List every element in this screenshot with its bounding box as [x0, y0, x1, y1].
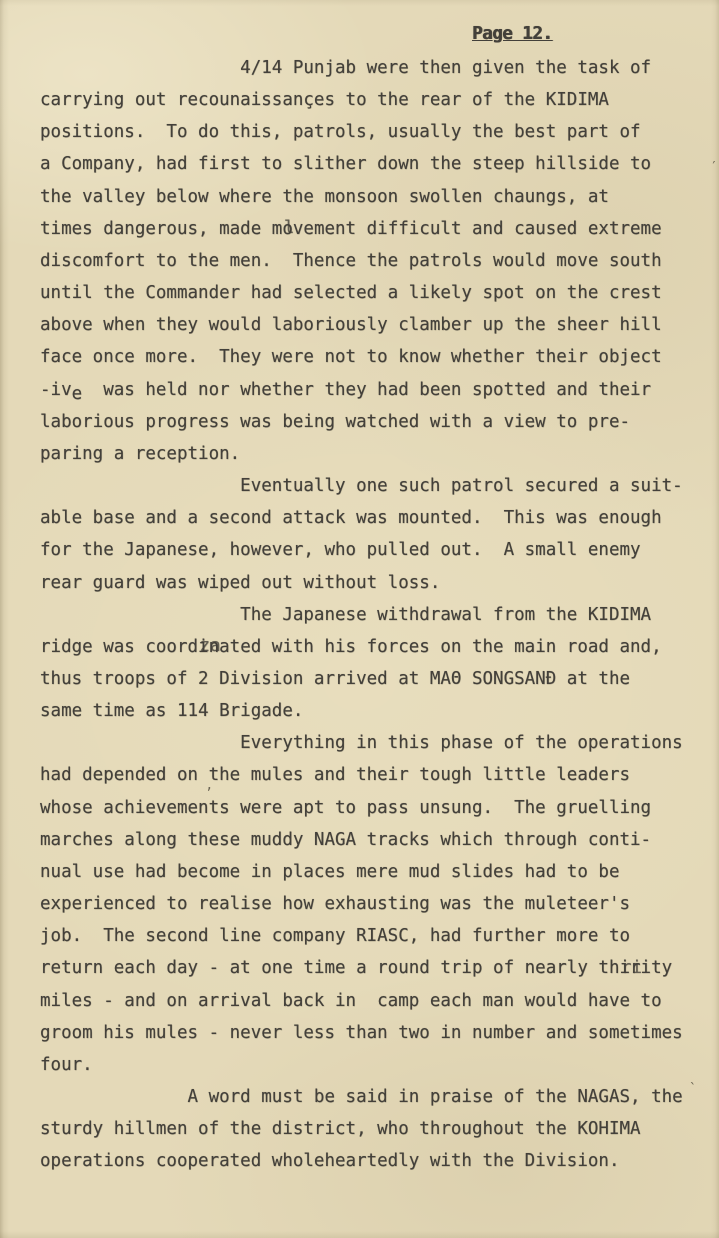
text-line: miles - and on arrival back in camp each…	[40, 985, 700, 1017]
text-line: experienced to realise how exhausting wa…	[40, 888, 700, 920]
text-segment: the valley below where the monsoon swoll…	[40, 187, 609, 207]
text-line: discomfort to the men. Thence the patrol…	[40, 245, 700, 277]
text-segment: The Japanese withdrawal from the KIDIMA	[40, 605, 651, 625]
text-line: -ive was held nor whether they had been …	[40, 374, 700, 406]
text-segment: whose achievements were apt to pass unsu…	[40, 798, 651, 818]
text-segment: nual use had become in places mere mud s…	[40, 862, 619, 882]
text-line: had depended on the mules and their toug…	[40, 759, 700, 791]
text-segment: experienced to realise how exhausting wa…	[40, 894, 630, 914]
text-line: above when they would laboriously clambe…	[40, 309, 700, 341]
text-line: the valley below where the monsoon swoll…	[40, 181, 700, 213]
text-segment: paring a reception.	[40, 444, 240, 464]
text-line: thus troops of 2 Division arrived at MAΘ…	[40, 663, 700, 695]
text-segment: had depended on the mules and their toug…	[40, 765, 630, 785]
text-segment: operations cooperated wholeheartedly wit…	[40, 1151, 619, 1171]
text-line: able base and a second attack was mounte…	[40, 502, 700, 534]
text-line: Everything in this phase of the operatio…	[40, 727, 700, 759]
text-segment: times dangerous, made m	[40, 219, 282, 239]
overstruck-text: e	[72, 384, 83, 404]
text-line: return each day - at one time a round tr…	[40, 952, 700, 984]
text-segment: above when they would laboriously clambe…	[40, 315, 662, 335]
text-segment: ridge was coord	[40, 637, 198, 657]
text-segment: ty	[651, 958, 672, 978]
text-line: The Japanese withdrawal from the KIDIMA	[40, 599, 700, 631]
text-segment: for the Japanese, however, who pulled ou…	[40, 540, 641, 560]
text-segment: sturdy hillmen of the district, who thro…	[40, 1119, 641, 1139]
document-page: Page 12. 4/14 Punjab were then given the…	[0, 0, 719, 1238]
text-segment: A word must be said in praise of the NAG…	[40, 1087, 683, 1107]
text-line: face once more. They were not to know wh…	[40, 341, 700, 373]
text-segment: ated with his forces on the main road an…	[219, 637, 662, 657]
text-line: groom his mules - never less than two in…	[40, 1017, 700, 1049]
text-line: rear guard was wiped out without loss.	[40, 567, 700, 599]
text-line: same time as 114 Brigade.	[40, 695, 700, 727]
text-line: for the Japanese, however, who pulled ou…	[40, 534, 700, 566]
overstruck-text: o	[282, 213, 293, 245]
text-segment: four.	[40, 1055, 93, 1075]
text-segment: vement difficult and caused extreme	[293, 219, 662, 239]
text-segment: positions. To do this, patrols, usually …	[40, 122, 641, 142]
text-segment: rear guard was wiped out without loss.	[40, 573, 440, 593]
text-line: job. The second line company RIASC, had …	[40, 920, 700, 952]
text-line: sturdy hillmen of the district, who thro…	[40, 1113, 700, 1145]
text-segment: Eventually one such patrol secured a sui…	[40, 476, 683, 496]
text-segment: -iv	[40, 380, 72, 400]
ink-speck: ′	[710, 160, 718, 175]
text-line: until the Commander had selected a likel…	[40, 277, 700, 309]
text-line: nual use had become in places mere mud s…	[40, 856, 700, 888]
text-line: 4/14 Punjab were then given the task of	[40, 52, 700, 84]
text-line: times dangerous, made movement difficult…	[40, 213, 700, 245]
text-segment: return each day - at one time a round tr…	[40, 958, 619, 978]
text-line: a Company, had first to slither down the…	[40, 148, 700, 180]
page-number: Page 12.	[472, 24, 552, 44]
text-segment: 4/14 Punjab were then given the task of	[40, 58, 651, 78]
text-segment: job. The second line company RIASC, had …	[40, 926, 630, 946]
ink-speck: ’	[205, 786, 213, 801]
text-segment: was held nor whether they had been spott…	[82, 380, 651, 400]
document-lines: 4/14 Punjab were then given the task ofc…	[40, 52, 700, 1177]
overstruck-text: in	[198, 631, 219, 663]
text-segment: Everything in this phase of the operatio…	[40, 733, 683, 753]
text-line: operations cooperated wholeheartedly wit…	[40, 1145, 700, 1177]
text-segment: miles - and on arrival back in camp each…	[40, 991, 662, 1011]
text-line: carrying out recounaissançes to the rear…	[40, 84, 700, 116]
text-line: ridge was coordinated with his forces on…	[40, 631, 700, 663]
text-line: marches along these muddy NAGA tracks wh…	[40, 824, 700, 856]
text-line: laborious progress was being watched wit…	[40, 406, 700, 438]
text-line: positions. To do this, patrols, usually …	[40, 116, 700, 148]
text-segment: until the Commander had selected a likel…	[40, 283, 662, 303]
text-segment: marches along these muddy NAGA tracks wh…	[40, 830, 651, 850]
text-segment: laborious progress was being watched wit…	[40, 412, 630, 432]
text-line: four.	[40, 1049, 700, 1081]
text-segment: same time as 114 Brigade.	[40, 701, 303, 721]
text-segment: a Company, had first to slither down the…	[40, 154, 651, 174]
text-segment: able base and a second attack was mounte…	[40, 508, 662, 528]
overstruck-text: iri	[619, 952, 651, 984]
text-segment: groom his mules - never less than two in…	[40, 1023, 683, 1043]
text-segment: carrying out recounaissançes to the rear…	[40, 90, 609, 110]
text-line: Eventually one such patrol secured a sui…	[40, 470, 700, 502]
text-line: paring a reception.	[40, 438, 700, 470]
text-segment: thus troops of 2 Division arrived at MAΘ…	[40, 669, 630, 689]
text-segment: face once more. They were not to know wh…	[40, 347, 662, 367]
ink-speck: `	[689, 1082, 697, 1097]
text-line: whose achievements were apt to pass unsu…	[40, 792, 700, 824]
text-line: A word must be said in praise of the NAG…	[40, 1081, 700, 1113]
text-segment: discomfort to the men. Thence the patrol…	[40, 251, 662, 271]
